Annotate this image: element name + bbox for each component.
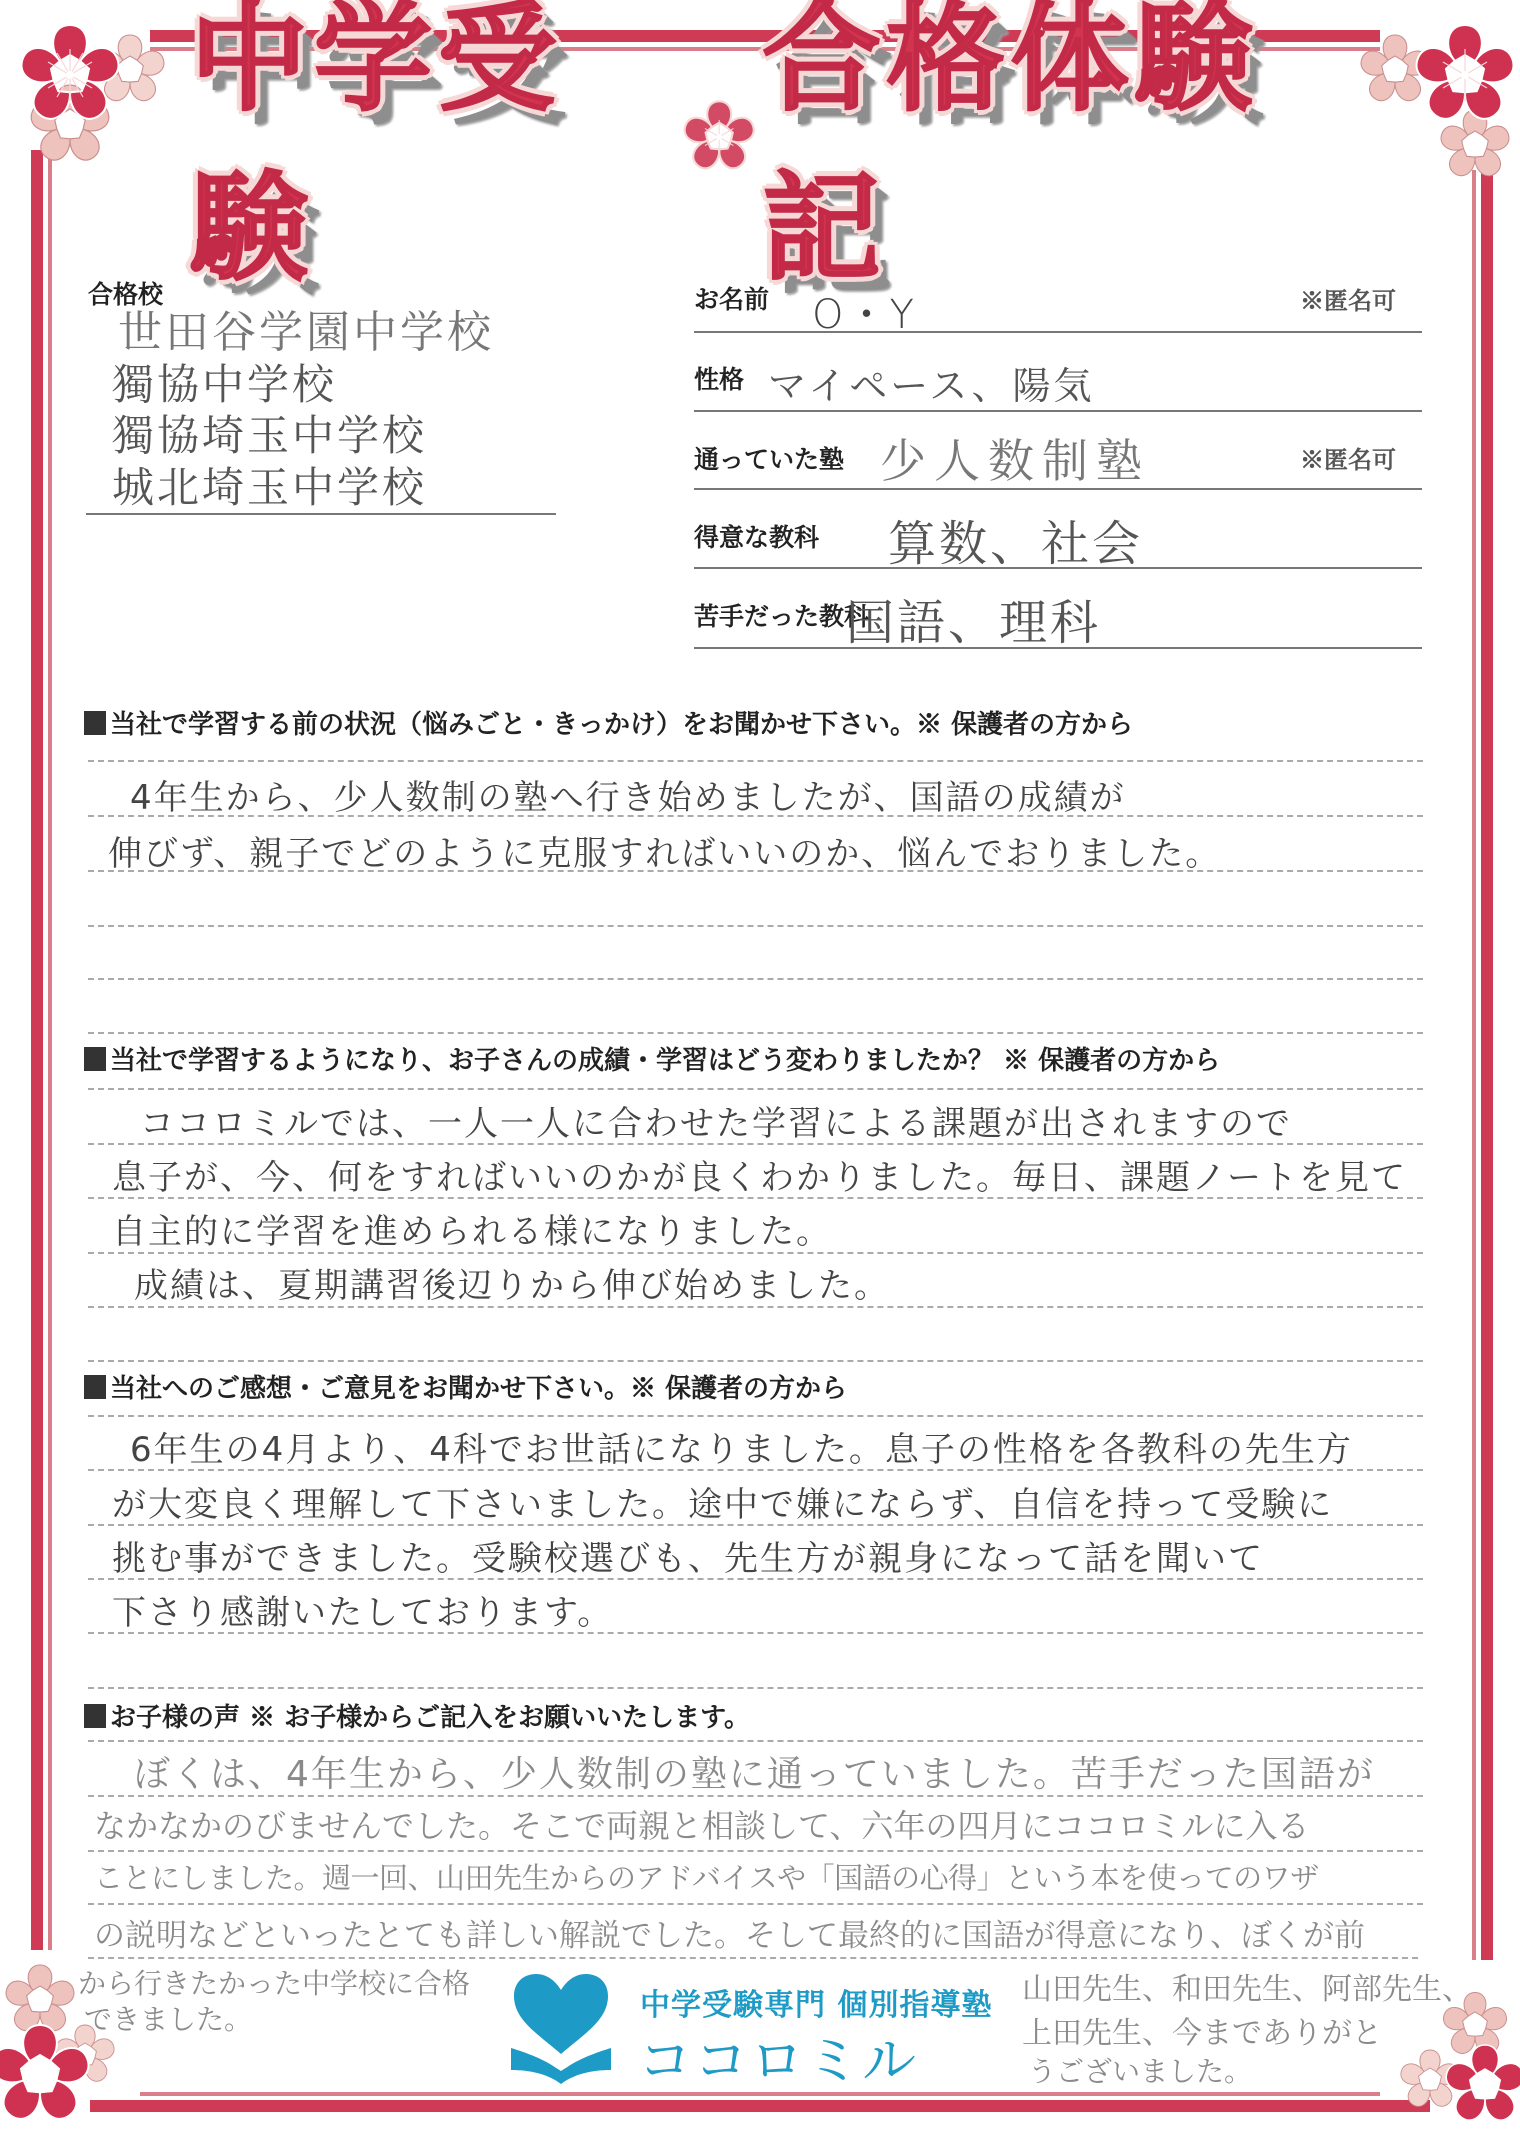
child-thanks-line-1: 山田先生、和田先生、阿部先生、 bbox=[1022, 1964, 1472, 2008]
sakura-corner-bottom-right-icon bbox=[1390, 1990, 1520, 2120]
section-feedback-line-4: 下さり感謝いたしております。 bbox=[112, 1585, 613, 1634]
dashed-rule bbox=[88, 1197, 1423, 1199]
good-subjects-value: 算数、社会 bbox=[888, 505, 1143, 574]
passed-schools-underline bbox=[86, 513, 556, 515]
personality-underline bbox=[694, 410, 1422, 412]
dashed-rule bbox=[88, 1903, 1423, 1905]
dashed-rule bbox=[88, 1032, 1423, 1034]
logo-name: ココロミル bbox=[638, 2018, 918, 2095]
child-thanks-line-2: 上田先生、今までありがと bbox=[1022, 2008, 1382, 2052]
dashed-rule bbox=[88, 1306, 1423, 1308]
frame-right-thin bbox=[1472, 170, 1476, 1960]
section-change-line-4: 成績は、夏期講習後辺りから伸び始めました。 bbox=[134, 1258, 890, 1307]
dashed-rule bbox=[88, 1360, 1423, 1362]
section-before-line-1: 4年生から、少人数制の塾へ行き始めましたが、国語の成績が bbox=[130, 770, 1126, 819]
previous-school-value: 少人数制塾 bbox=[880, 425, 1150, 491]
sakura-corner-top-left-icon bbox=[10, 15, 190, 195]
personality-value: マイペース、陽気 bbox=[768, 355, 1094, 410]
weak-subjects-value: 国語、理科 bbox=[846, 584, 1101, 653]
dashed-rule bbox=[88, 1957, 1418, 1959]
section-child-line-6: できました。 bbox=[84, 1998, 252, 2038]
sakura-corner-top-right-icon bbox=[1345, 15, 1520, 195]
section-feedback-heading: 当社へのご感想・ご意見をお聞かせ下さい。※ 保護者の方から bbox=[84, 1368, 847, 1405]
section-before-heading: 当社で学習する前の状況（悩みごと・きっかけ）をお聞かせ下さい。※ 保護者の方から bbox=[84, 704, 1133, 741]
dashed-rule bbox=[88, 1578, 1423, 1580]
dashed-rule bbox=[88, 1524, 1423, 1526]
name-label: お名前 bbox=[694, 280, 769, 316]
weak-subjects-underline bbox=[694, 647, 1422, 649]
section-child-line-1: ぼくは、4年生から、少人数制の塾に通っていました。苦手だった国語が bbox=[134, 1746, 1375, 1797]
square-bullet-icon bbox=[84, 1047, 106, 1071]
section-change-line-3: 自主的に学習を進められる様になりました。 bbox=[112, 1204, 832, 1253]
name-underline bbox=[694, 331, 1422, 333]
section-change-line-1: ココロミルでは、一人一人に合わせた学習による課題が出されますので bbox=[140, 1096, 1292, 1145]
dashed-rule bbox=[88, 1687, 1423, 1689]
frame-right-thick bbox=[1481, 170, 1493, 1960]
personality-label: 性格 bbox=[694, 360, 744, 396]
section-child-line-4: の説明などといったとても詳しい解説でした。そして最終的に国語が得意になり、ぼくが… bbox=[94, 1910, 1365, 1955]
previous-school-underline bbox=[694, 488, 1422, 490]
passed-school-3: 獨協埼玉中学校 bbox=[112, 403, 427, 463]
section-child-line-5: から行きたかった中学校に合格 bbox=[78, 1962, 470, 2002]
dashed-rule bbox=[88, 978, 1423, 980]
good-subjects-underline bbox=[694, 567, 1422, 569]
frame-bottom-thick bbox=[90, 2100, 1430, 2112]
sakura-title-divider-icon bbox=[680, 97, 758, 177]
square-bullet-icon bbox=[84, 1375, 106, 1399]
section-child-line-3: ことにしました。週一回、山田先生からのアドバイスや「国語の心得」という本を使って… bbox=[94, 1856, 1319, 1897]
dashed-rule bbox=[88, 925, 1423, 927]
dashed-rule bbox=[88, 1088, 1423, 1090]
title-right: 合格体験記 bbox=[762, 0, 1370, 303]
section-change-heading: 当社で学習するようになり、お子さんの成績・学習はどう変わりましたか？ ※ 保護者… bbox=[84, 1040, 1220, 1077]
section-change-line-2: 息子が、今、何をすればいいのかが良くわかりました。毎日、課題ノートを見て bbox=[112, 1150, 1407, 1199]
dashed-rule bbox=[88, 1795, 1423, 1797]
title-left: 中学受験 bbox=[190, 0, 676, 303]
frame-left-thick bbox=[31, 150, 43, 1950]
passed-school-1: 世田谷学園中学校 bbox=[118, 296, 494, 360]
dashed-rule bbox=[88, 870, 1423, 872]
section-before-line-2: 伸びず、親子でどのように克服すればいいのか、悩んでおりました。 bbox=[108, 826, 1221, 875]
good-subjects-label: 得意な教科 bbox=[694, 518, 819, 554]
dashed-rule bbox=[88, 815, 1423, 817]
previous-school-anonymous-note: ※匿名可 bbox=[1300, 440, 1396, 475]
page-title: 中学受験 合格体験記 bbox=[190, 58, 1370, 208]
dashed-rule bbox=[88, 1632, 1423, 1634]
heart-book-icon bbox=[508, 1972, 614, 2084]
dashed-rule bbox=[88, 1143, 1423, 1145]
section-feedback-line-2: が大変良く理解して下さいました。途中で嫌にならず、自信を持って受験に bbox=[112, 1477, 1333, 1526]
section-child-voice-heading: お子様の声 ※ お子様からご記入をお願いいたします。 bbox=[84, 1697, 750, 1734]
dashed-rule bbox=[88, 1740, 1423, 1742]
section-child-line-2: なかなかのびませんでした。そこで両親と相談して、六年の四月にココロミルに入る bbox=[94, 1801, 1309, 1847]
weak-subjects-label: 苦手だった教科 bbox=[694, 597, 869, 633]
child-thanks-line-3: うございました。 bbox=[1028, 2050, 1252, 2090]
dashed-rule bbox=[88, 760, 1423, 762]
previous-school-label: 通っていた塾 bbox=[694, 440, 844, 476]
square-bullet-icon bbox=[84, 1704, 106, 1728]
section-feedback-line-3: 挑む事ができました。受験校選びも、先生方が親身になって話を聞いて bbox=[112, 1531, 1264, 1580]
name-anonymous-note: ※匿名可 bbox=[1300, 281, 1396, 316]
dashed-rule bbox=[88, 1252, 1423, 1254]
section-feedback-line-1: 6年生の4月より、4科でお世話になりました。息子の性格を各教科の先生方 bbox=[130, 1422, 1353, 1471]
dashed-rule bbox=[88, 1469, 1423, 1471]
dashed-rule bbox=[88, 1415, 1423, 1417]
dashed-rule bbox=[88, 1850, 1423, 1852]
frame-left-thin bbox=[48, 150, 52, 1950]
square-bullet-icon bbox=[84, 711, 106, 735]
passed-school-4: 城北埼玉中学校 bbox=[112, 455, 427, 515]
